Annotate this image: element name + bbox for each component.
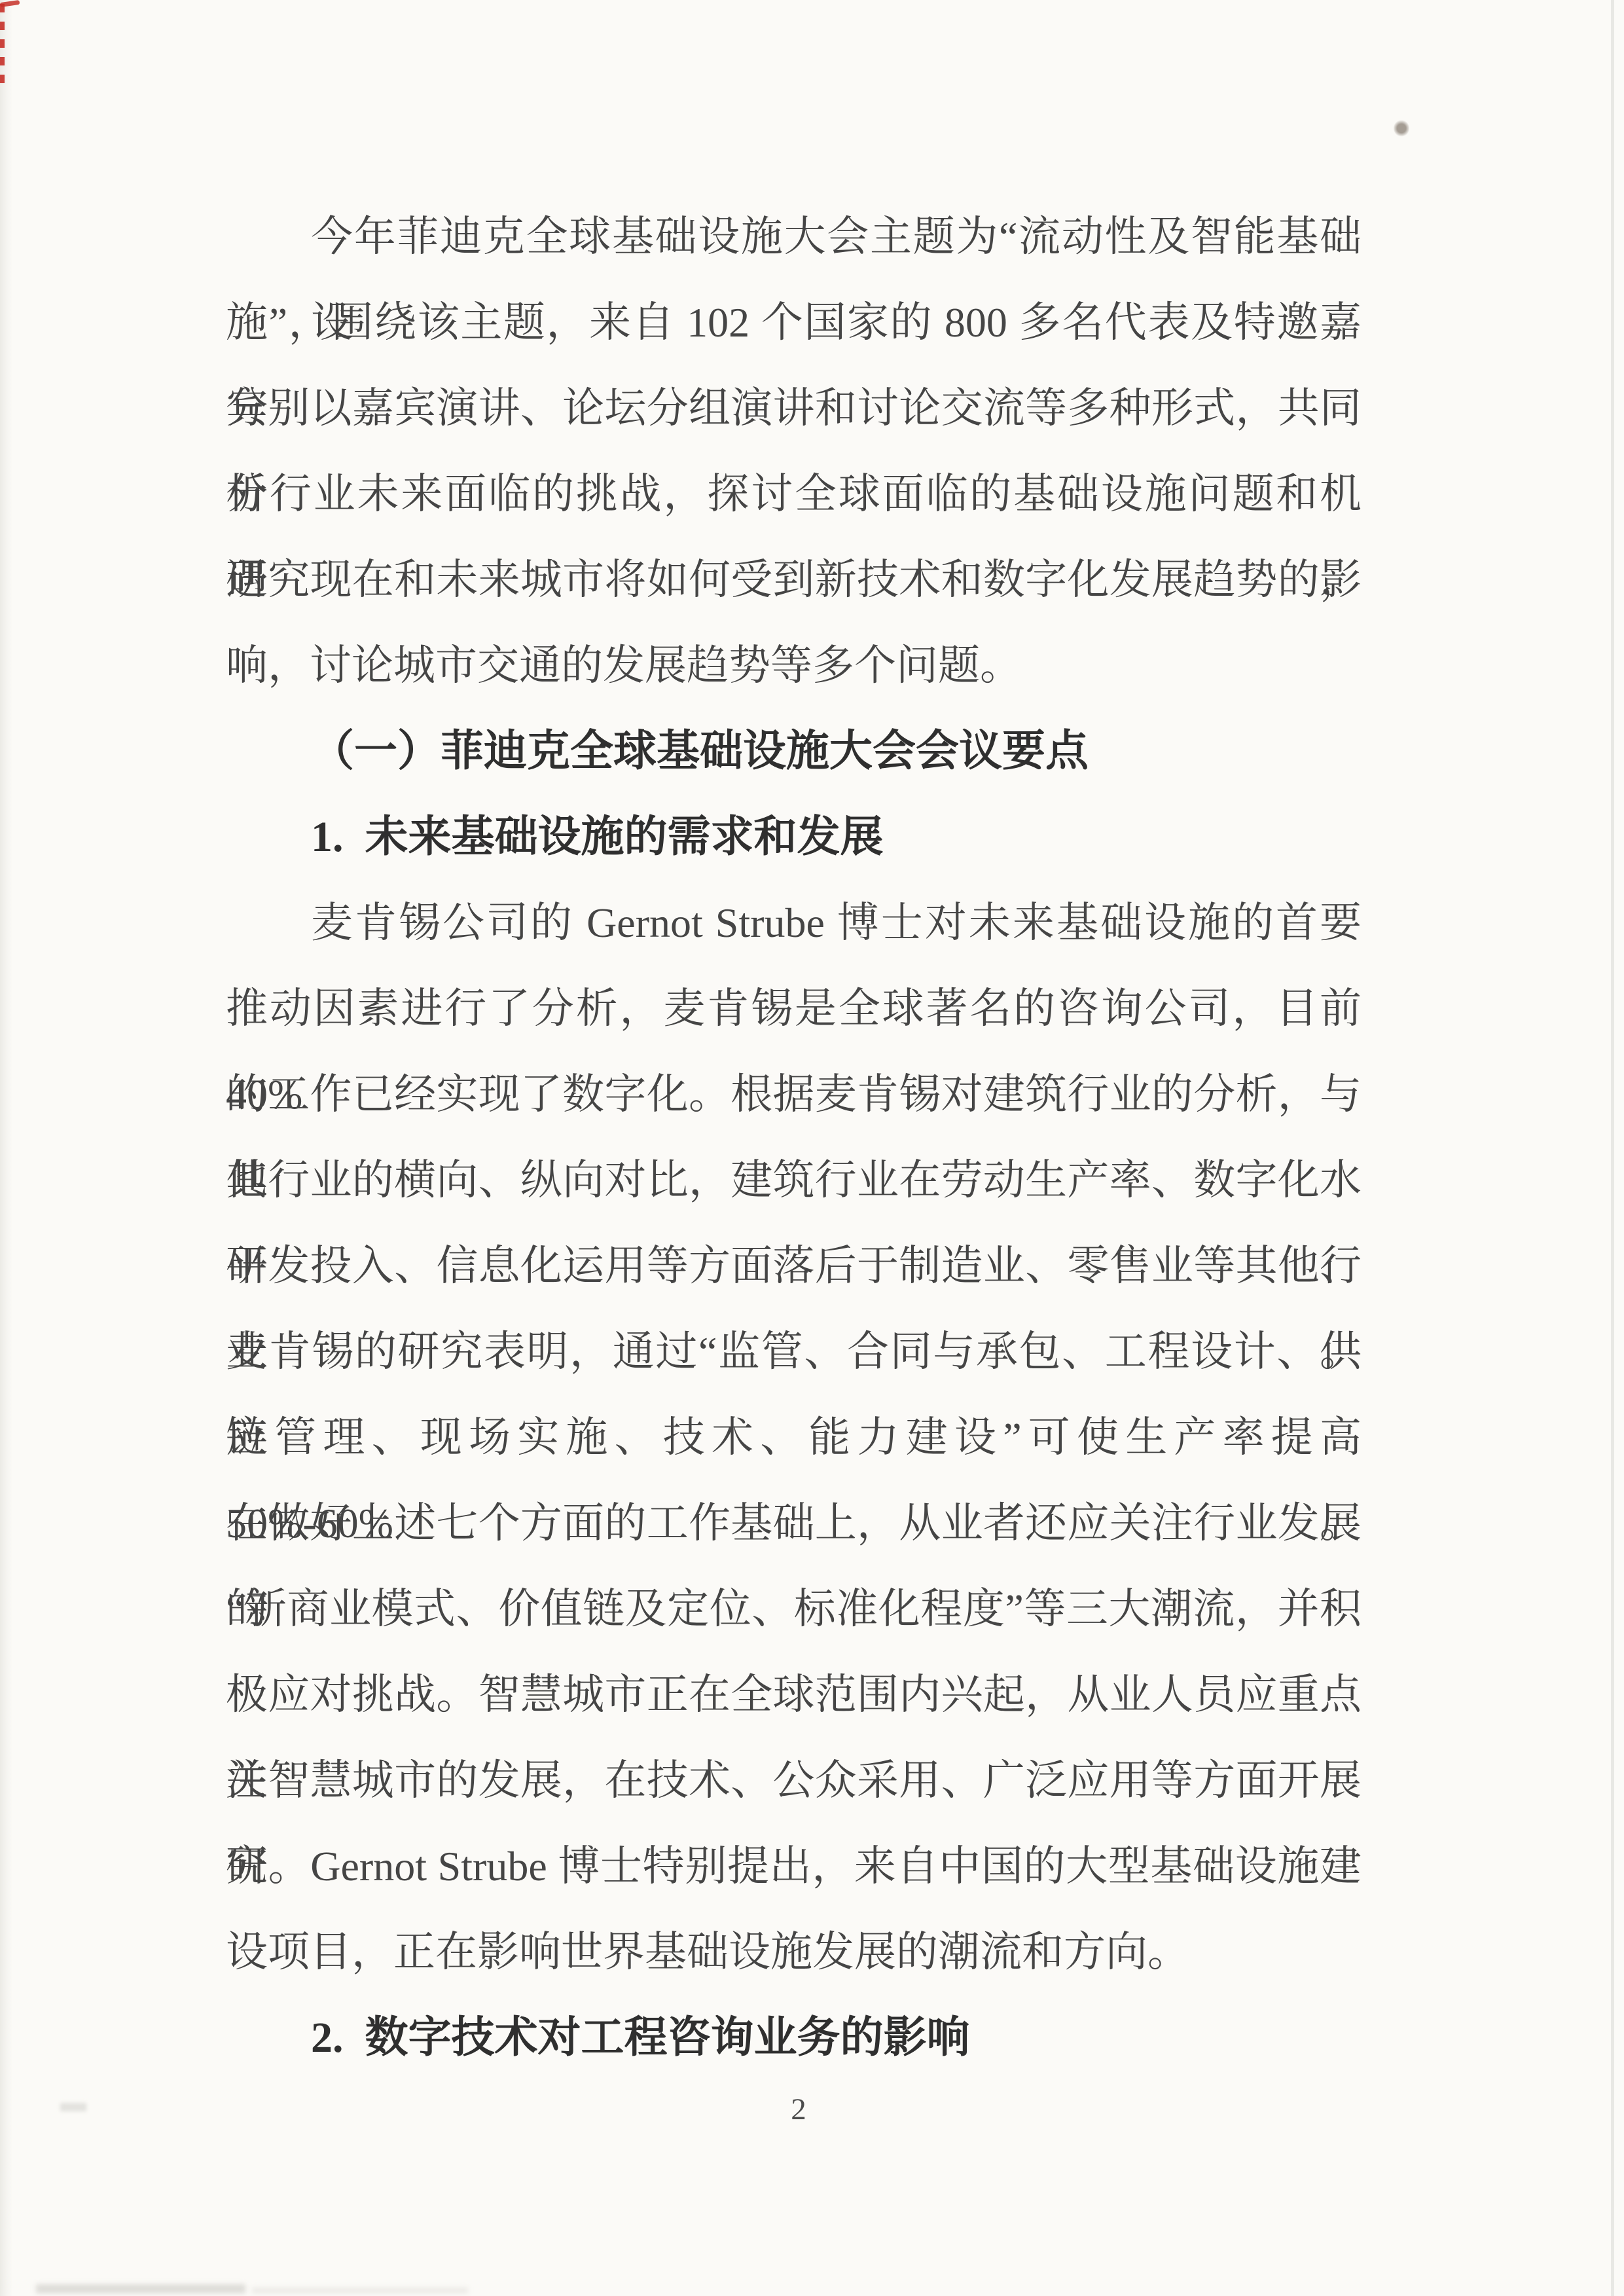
text-line: “新商业模式、价值链及定位、标准化程度”等三大潮流，并积 <box>226 1566 1362 1652</box>
section-heading: 2. 数字技术对工程咨询业务的影响 <box>226 1995 1362 2081</box>
document-page: 今年菲迪克全球基础设施大会主题为“流动性及智能基础设施”，围绕该主题，来自 10… <box>0 0 1624 2296</box>
section-heading: 1. 未来基础设施的需求和发展 <box>226 794 1362 880</box>
text-line: 析行业未来面临的挑战，探讨全球面临的基础设施问题和机遇， <box>226 451 1362 537</box>
document-body: 今年菲迪克全球基础设施大会主题为“流动性及智能基础设施”，围绕该主题，来自 10… <box>226 194 1362 2081</box>
text-line: 响，讨论城市交通的发展趋势等多个问题。 <box>226 623 1362 708</box>
text-line: 分别以嘉宾演讲、论坛分组演讲和讨论交流等多种形式，共同分 <box>226 365 1362 451</box>
text-line: 设项目，正在影响世界基础设施发展的潮流和方向。 <box>226 1909 1362 1995</box>
text-line: 研发投入、信息化运用等方面落后于制造业、零售业等其他行业。 <box>226 1223 1362 1309</box>
text-line: 麦肯锡的研究表明，通过“监管、合同与承包、工程设计、供应 <box>226 1309 1362 1394</box>
text-line: 在做好上述七个方面的工作基础上，从业者还应关注行业发展的 <box>226 1480 1362 1566</box>
scan-smudge <box>252 2287 468 2293</box>
text-line: 施”，围绕该主题，来自 102 个国家的 800 多名代表及特邀嘉宾 <box>226 280 1362 365</box>
text-line: 麦肯锡公司的 Gernot Strube 博士对未来基础设施的首要 <box>226 880 1362 966</box>
red-edge-artifact <box>0 4 5 88</box>
text-line: 极应对挑战。智慧城市正在全球范围内兴起，从业人员应重点关 <box>226 1652 1362 1738</box>
text-line: 他行业的横向、纵向对比，建筑行业在劳动生产率、数字化水平、 <box>226 1137 1362 1223</box>
text-line: 链管理、现场实施、技术、能力建设”可使生产率提高 50%-60%。 <box>226 1394 1362 1480</box>
text-line: 注智慧城市的发展，在技术、公众采用、广泛应用等方面开展研 <box>226 1738 1362 1823</box>
text-line: 究。Gernot Strube 博士特别提出，来自中国的大型基础设施建 <box>226 1823 1362 1909</box>
left-edge-scan-shadow <box>0 0 13 2296</box>
text-line: 的工作已经实现了数字化。根据麦肯锡对建筑行业的分析，与其 <box>226 1051 1362 1137</box>
section-heading: （一）菲迪克全球基础设施大会会议要点 <box>226 708 1362 794</box>
scan-smudge <box>36 2284 245 2293</box>
scan-smudge <box>60 2103 86 2111</box>
text-line: 研究现在和未来城市将如何受到新技术和数字化发展趋势的影 <box>226 537 1362 623</box>
scan-speck <box>1394 120 1409 137</box>
right-edge-scan-line <box>1611 0 1614 2296</box>
text-line: 今年菲迪克全球基础设施大会主题为“流动性及智能基础设 <box>226 194 1362 280</box>
text-line: 推动因素进行了分析，麦肯锡是全球著名的咨询公司，目前 40% <box>226 966 1362 1051</box>
page-number: 2 <box>769 2090 828 2129</box>
